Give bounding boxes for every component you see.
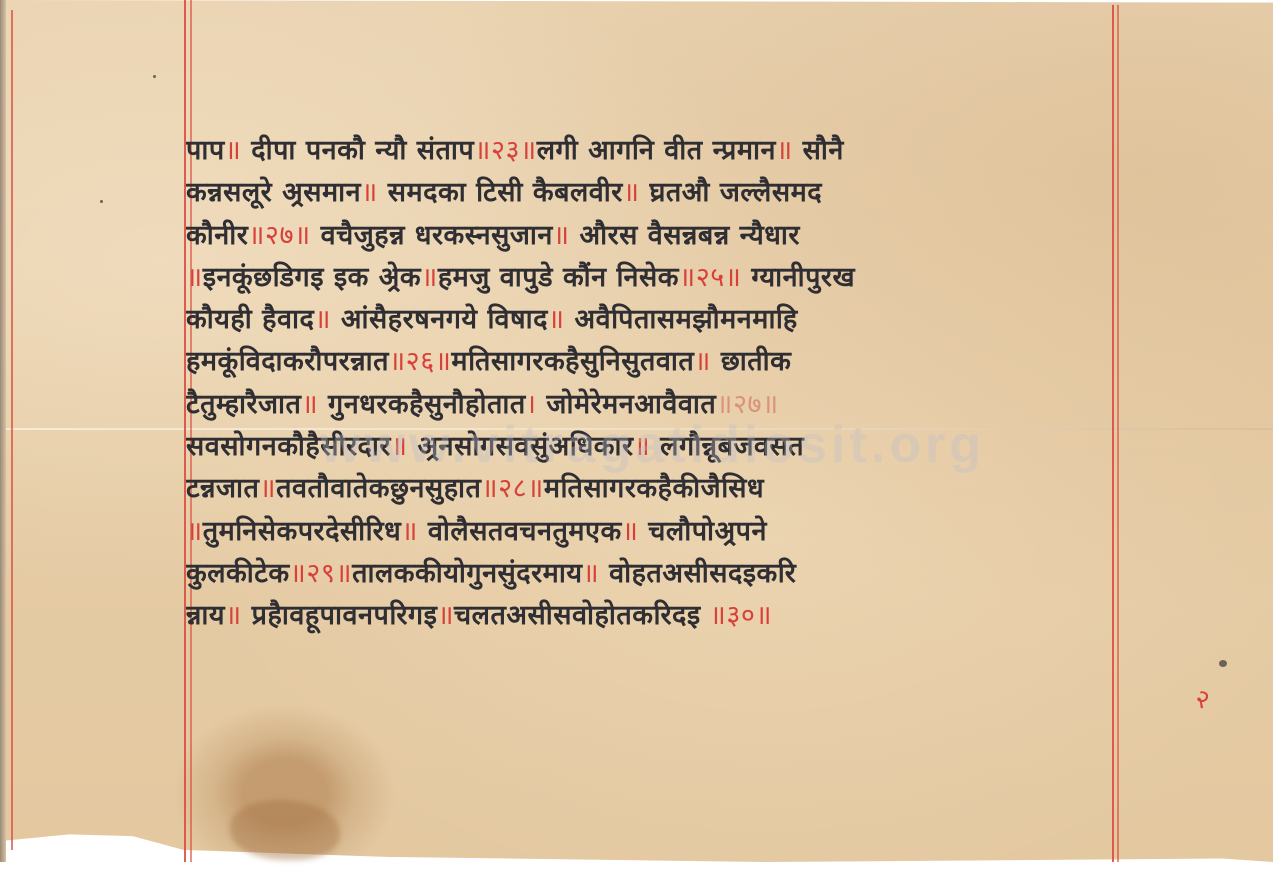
verse-marker: ॥	[314, 304, 331, 335]
text-segment: चलतअसीसवोहोतकरिदइ	[454, 600, 701, 631]
text-segment: इनकूंछडिगइ इक अ्रेक	[203, 262, 421, 293]
verse-marker: ॥२६॥	[389, 346, 451, 377]
verse-marker: ॥	[694, 346, 711, 377]
verse-marker: ॥	[553, 220, 570, 251]
text-segment: मतिसागरकहैकीजैसिध	[544, 473, 764, 504]
text-segment: टैतुम्हारैजात	[186, 389, 301, 420]
verse-marker: ॥२८॥	[481, 473, 543, 504]
text-segment: तालककीयोगुनसुंदरमाय	[352, 558, 582, 589]
text-segment: न्नाय	[186, 600, 225, 631]
manuscript-line: न्नाय॥ प्रहैावहूपावनपरिगइ॥चलतअसीसवोहोतकर…	[186, 595, 1116, 637]
verse-marker: ॥	[225, 600, 242, 631]
ink-speck	[153, 75, 156, 78]
manuscript-line: ॥तुमनिसेकपरदेसीरिध॥ वोलैसतवचनतुमएक॥ चलौप…	[186, 511, 1116, 553]
text-segment: घ्रतऔ जल्लैसमद	[640, 177, 823, 208]
verse-marker: ॥	[776, 135, 793, 166]
verse-marker: ॥	[583, 558, 600, 589]
verse-marker: ॥	[622, 516, 639, 547]
verse-marker: ॥	[437, 600, 454, 631]
text-segment: चलौपोअ्रपने	[638, 516, 767, 547]
verse-marker: ॥	[548, 304, 565, 335]
verse-marker: ॥	[401, 516, 418, 547]
text-segment: प्रहैावहूपावनपरिगइ	[242, 600, 438, 631]
ink-speck	[1219, 660, 1227, 667]
scan-edge	[0, 0, 6, 862]
manuscript-line: कुलकीटेक॥२९॥तालककीयोगुनसुंदरमाय॥ वोहतअसी…	[186, 553, 1116, 595]
text-segment: तुमनिसेकपरदेसीरिध	[203, 516, 402, 547]
text-segment: सौनै	[793, 135, 844, 166]
ink-speck	[100, 200, 103, 203]
outer-left-margin-rule	[11, 10, 13, 850]
verse-marker: ॥३०॥	[701, 600, 773, 631]
text-segment: औरस वैसन्नबन्न न्यैधार	[570, 220, 800, 251]
text-segment: कौयही हैवाद	[186, 304, 314, 335]
text-segment: वोहतअसीसदइकरि	[599, 558, 796, 589]
verse-marker: ॥	[225, 135, 242, 166]
verse-marker: ॥	[623, 177, 640, 208]
text-segment: पाप	[186, 135, 225, 166]
text-segment: तवतौवातेकछुनसुहात	[276, 473, 481, 504]
verse-marker: ॥२७॥	[248, 220, 310, 251]
manuscript-line: हमकूंविदाकरौपरन्नात॥२६॥मतिसागरकहैसुनिसुत…	[186, 341, 1116, 383]
text-segment: हमकूंविदाकरौपरन्नात	[186, 346, 389, 377]
right-margin-rule-2	[1117, 5, 1119, 862]
verse-marker: ॥२५॥	[679, 262, 741, 293]
verse-marker: ॥	[301, 389, 318, 420]
text-segment: आंसैहरषनगये विषाद	[331, 304, 548, 335]
manuscript-text: पाप॥ दीपा पनकौ न्यौ संताप॥२३॥लगी आगनि वी…	[186, 130, 1116, 638]
verse-marker: ॥२९॥	[290, 558, 352, 589]
verse-marker: ॥२३॥	[474, 135, 536, 166]
verse-marker: ॥	[186, 516, 203, 547]
manuscript-line: कन्नसलूरे अ्रसमान॥ समदका टिसी कैबलवीर॥ घ…	[186, 172, 1116, 214]
text-segment: टन्नजात	[186, 473, 259, 504]
text-segment: अवैपितासमझौमनमाहि	[565, 304, 798, 335]
text-segment: छातीक	[711, 346, 791, 377]
text-segment: लगी आगनि वीत न्प्रमान	[537, 135, 776, 166]
text-segment: मतिसागरकहैसुनिसुतवात	[451, 346, 694, 377]
verse-marker: ॥	[421, 262, 438, 293]
verse-marker: ॥	[186, 262, 203, 293]
manuscript-line: ॥इनकूंछडिगइ इक अ्रेक॥हमजु वापुडे कौंन नि…	[186, 257, 1116, 299]
manuscript-line: कौनीर॥२७॥ वचैजुहन्न धरकस्नसुजान॥ औरस वैस…	[186, 215, 1116, 257]
text-segment: हमजु वापुडे कौंन निसेक	[438, 262, 679, 293]
manuscript-line: कौयही हैवाद॥ आंसैहरषनगये विषाद॥ अवैपितास…	[186, 299, 1116, 341]
text-segment: कौनीर	[186, 220, 248, 251]
text-segment: वचैजुहन्न धरकस्नसुजान	[311, 220, 553, 251]
text-segment: समदका टिसी कैबलवीर	[378, 177, 623, 208]
watermark: www.vitragatidiosit.org	[320, 415, 985, 475]
text-segment: कुलकीटेक	[186, 558, 290, 589]
text-segment: ग्यानीपुरख	[741, 262, 855, 293]
manuscript-line: पाप॥ दीपा पनकौ न्यौ संताप॥२३॥लगी आगनि वी…	[186, 130, 1116, 172]
verse-marker: ॥	[361, 177, 378, 208]
text-segment: दीपा पनकौ न्यौ संताप	[241, 135, 474, 166]
text-segment: वोलैसतवचनतुमएक	[418, 516, 622, 547]
text-segment: कन्नसलूरे अ्रसमान	[186, 177, 361, 208]
verse-marker: ॥	[259, 473, 276, 504]
